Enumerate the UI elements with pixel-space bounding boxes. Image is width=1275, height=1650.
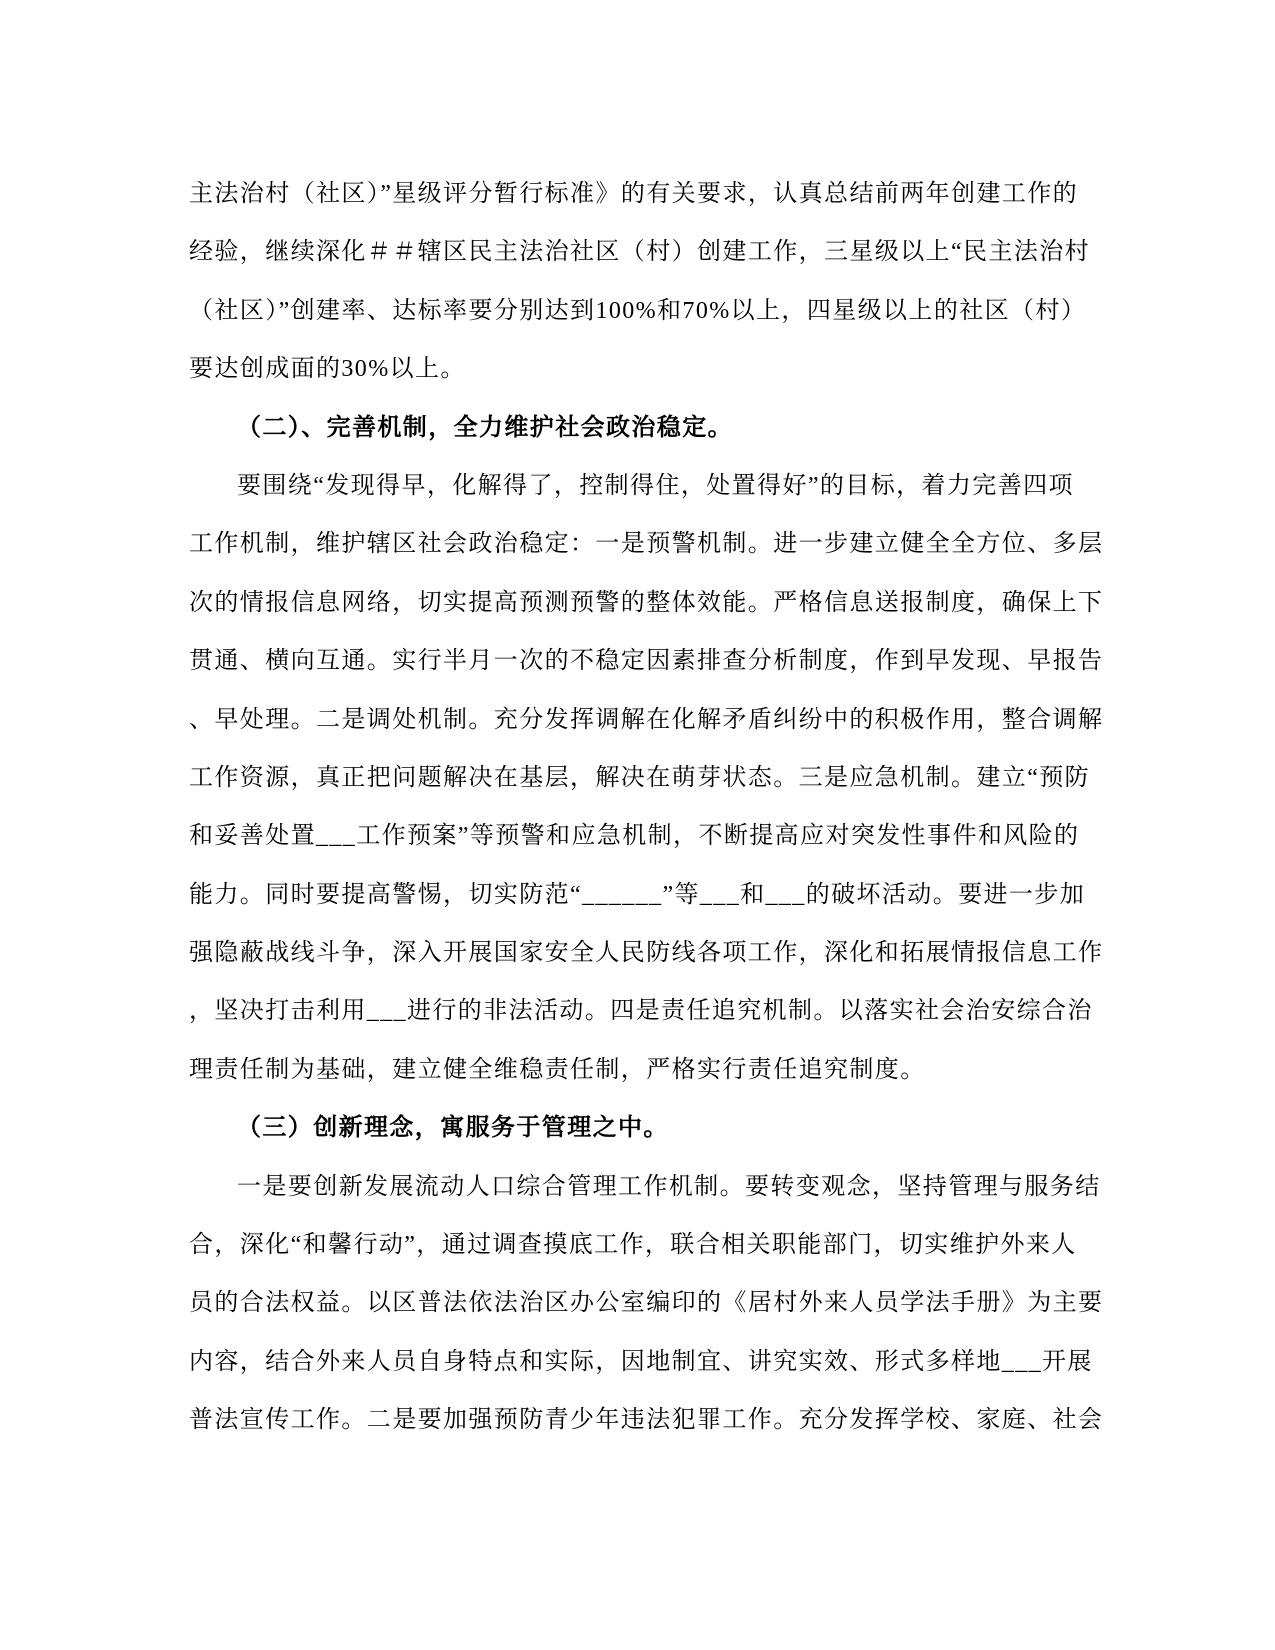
section-heading-three: （三）创新理念，寓服务于管理之中。 bbox=[189, 1099, 1109, 1157]
text-line: 要达创成面的30%以上。 bbox=[189, 340, 1109, 398]
text-line: 能力。同时要提高警惕，切实防范“______”等___和___的破坏活动。要进一… bbox=[189, 866, 1109, 924]
text-line: 合，深化“和馨行动”，通过调查摸底工作，联合相关职能部门，切实维护外来人 bbox=[189, 1216, 1109, 1274]
paragraph-continuation: 主法治村（社区）”星级评分暂行标准》的有关要求，认真总结前两年创建工作的 经验，… bbox=[189, 165, 1109, 399]
paragraph-innovation: 一是要创新发展流动人口综合管理工作机制。要转变观念，坚持管理与服务结 合，深化“… bbox=[189, 1158, 1109, 1450]
text-line: ，坚决打击利用___进行的非法活动。四是责任追究机制。以落实社会治安综合治 bbox=[189, 982, 1109, 1040]
text-line: 内容，结合外来人员自身特点和实际，因地制宜、讲究实效、形式多样地___开展 bbox=[189, 1333, 1109, 1391]
text-line: 和妥善处置___工作预案”等预警和应急机制，不断提高应对突发性事件和风险的 bbox=[189, 807, 1109, 865]
text-line: 员的合法权益。以区普法依法治区办公室编印的《居村外来人员学法手册》为主要 bbox=[189, 1274, 1109, 1332]
text-line: 要围绕“发现得早，化解得了，控制得住，处置得好”的目标，着力完善四项 bbox=[189, 457, 1109, 515]
text-line: 贯通、横向互通。实行半月一次的不稳定因素排查分析制度，作到早发现、早报告 bbox=[189, 632, 1109, 690]
text-line: 强隐蔽战线斗争，深入开展国家安全人民防线各项工作，深化和拓展情报信息工作 bbox=[189, 924, 1109, 982]
text-line: 理责任制为基础，建立健全维稳责任制，严格实行责任追究制度。 bbox=[189, 1041, 1109, 1099]
text-line: 主法治村（社区）”星级评分暂行标准》的有关要求，认真总结前两年创建工作的 bbox=[189, 165, 1109, 223]
text-line: 经验，继续深化＃＃辖区民主法治社区（村）创建工作，三星级以上“民主法治村 bbox=[189, 223, 1109, 281]
section-heading-two: （二）、完善机制，全力维护社会政治稳定。 bbox=[189, 399, 1109, 457]
text-line: 一是要创新发展流动人口综合管理工作机制。要转变观念，坚持管理与服务结 bbox=[189, 1158, 1109, 1216]
text-line: 普法宣传工作。二是要加强预防青少年违法犯罪工作。充分发挥学校、家庭、社会 bbox=[189, 1391, 1109, 1449]
text-line: 、早处理。二是调处机制。充分发挥调解在化解矛盾纠纷中的积极作用，整合调解 bbox=[189, 691, 1109, 749]
paragraph-mechanisms: 要围绕“发现得早，化解得了，控制得住，处置得好”的目标，着力完善四项 工作机制，… bbox=[189, 457, 1109, 1099]
text-line: （社区）”创建率、达标率要分别达到100%和70%以上，四星级以上的社区（村） bbox=[189, 282, 1109, 340]
text-line: 次的情报信息网络，切实提高预测预警的整体效能。严格信息送报制度，确保上下 bbox=[189, 574, 1109, 632]
text-line: 工作机制，维护辖区社会政治稳定：一是预警机制。进一步建立健全全方位、多层 bbox=[189, 515, 1109, 573]
text-block: 主法治村（社区）”星级评分暂行标准》的有关要求，认真总结前两年创建工作的 经验，… bbox=[189, 165, 1109, 1450]
document-page: 主法治村（社区）”星级评分暂行标准》的有关要求，认真总结前两年创建工作的 经验，… bbox=[0, 0, 1275, 1650]
text-line: 工作资源，真正把问题解决在基层，解决在萌芽状态。三是应急机制。建立“预防 bbox=[189, 749, 1109, 807]
